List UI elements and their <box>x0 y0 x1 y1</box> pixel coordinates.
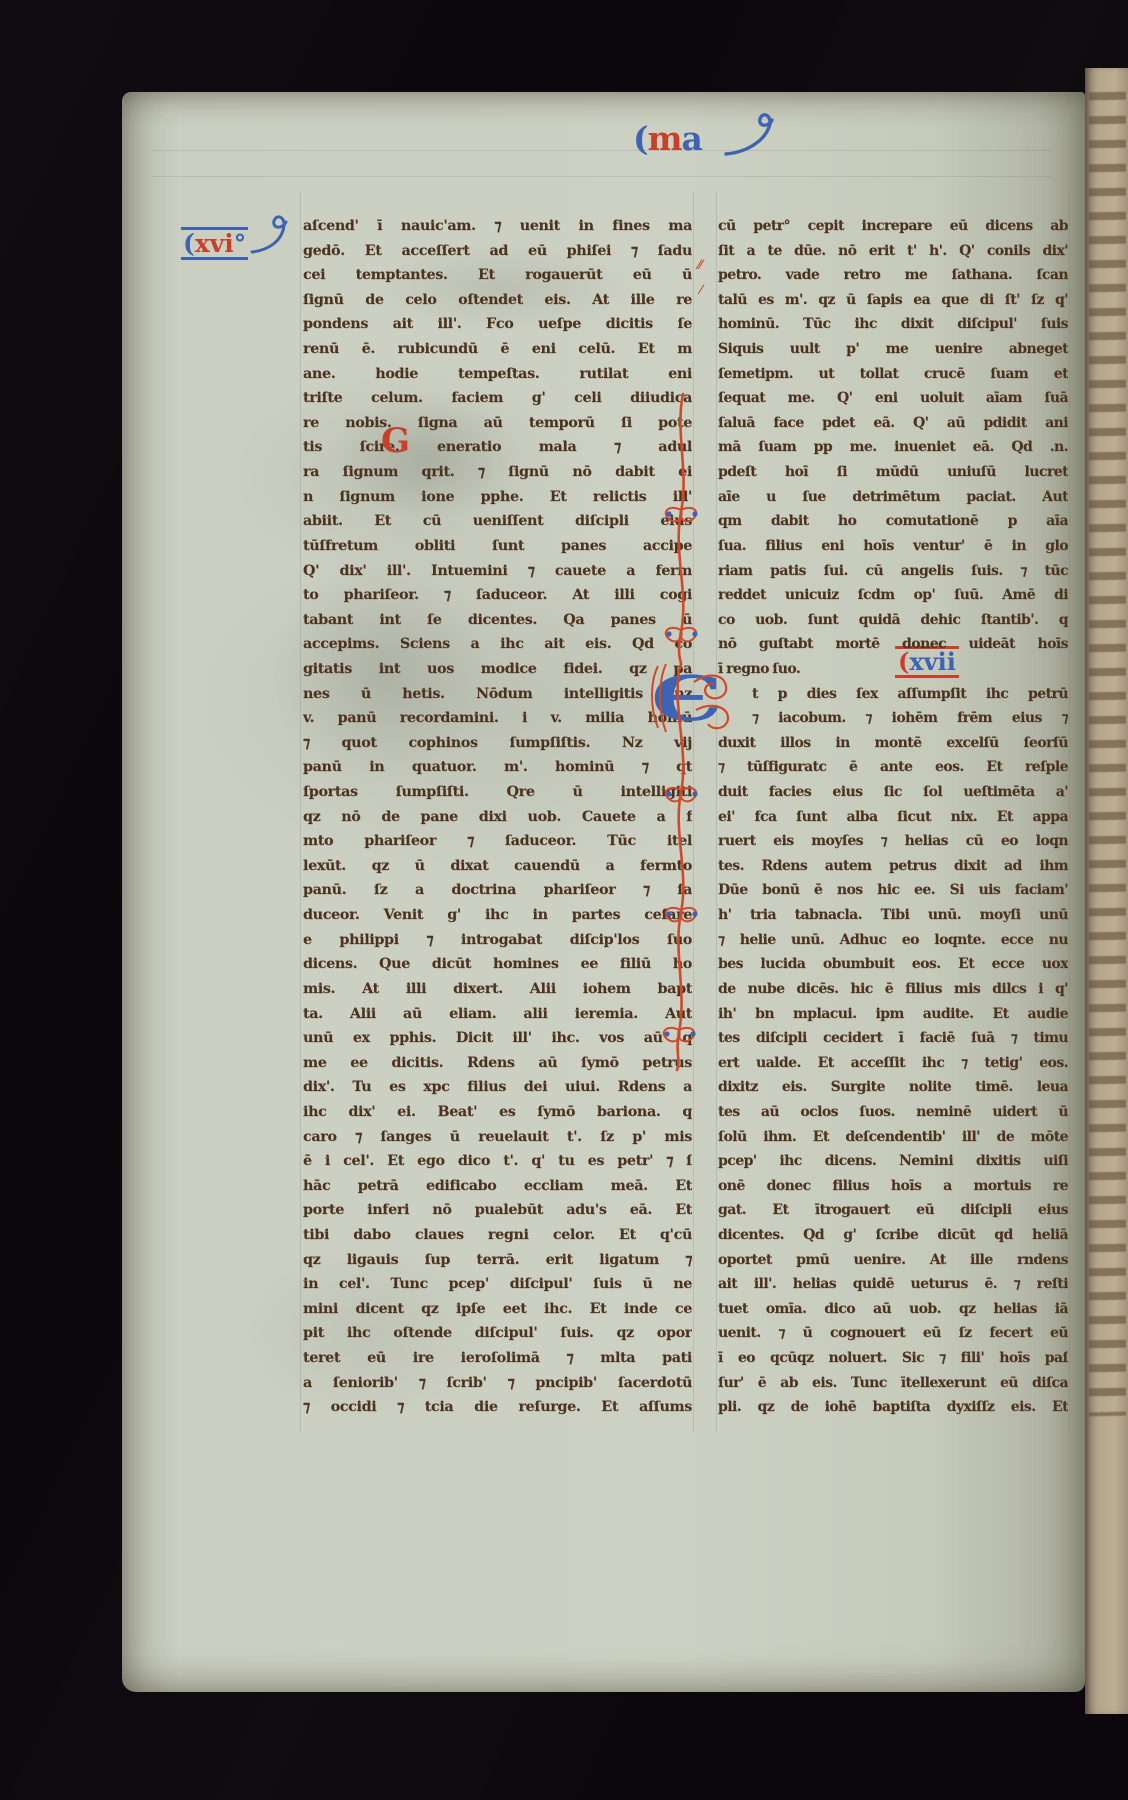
text-line: aſcend' ī nauic'am. ⁊ uenit in fines ma <box>303 214 692 239</box>
text-line: nes ū hetis. Nōdum intelligitis nz <box>303 682 692 707</box>
text-line: qz nō de pane dixi uob. Cauete a f <box>303 805 692 830</box>
text-line: n ſignum ione pphe. Et relictis ill' <box>303 485 692 510</box>
text-line: tes diſcipli cecidert ī faciē ſuā ⁊ timu <box>718 1026 1068 1051</box>
text-line: panū in quatuor. m'. hominū ⁊ qt <box>303 755 692 780</box>
text-line: pli. qz de iohē baptiſta dyxiſſz eis. Et <box>718 1395 1068 1420</box>
adjacent-page-text-lines <box>1089 86 1126 1417</box>
text-line: ⁊ quot cophinos ſumpſiſtis. Nz vij <box>303 731 692 756</box>
text-line: pondens ait ill'. Fco ueſpe dicitis ſe <box>303 312 692 337</box>
text-line: ei' fca ſunt alba ſicut nix. Et appa <box>718 805 1068 830</box>
text-line: re nobis. ſigna aū temporū ſi pote <box>303 411 692 436</box>
text-line: gat. Et ītrogauert eū diſcipli eius <box>718 1198 1068 1223</box>
text-line: petro. vade retro me ſathana. ſcan <box>718 263 1068 288</box>
text-line: h' tria tabnacla. Tibi unū. moyſi unū <box>718 903 1068 928</box>
text-line: ⁊ tūſfiguratc ē ante eos. Et reſple <box>718 755 1068 780</box>
text-line: tūſfretum obliti ſunt panes accipe <box>303 534 692 559</box>
text-line: Q' dix' ill'. Intuemini ⁊ cauete a ferm <box>303 559 692 584</box>
text-line: ī eo qcūqz noluert. Sic ⁊ fili' hoīs paſ <box>718 1346 1068 1371</box>
text-line: porte inferi nō pualebūt adu's eā. Et <box>303 1198 692 1223</box>
text-line: ih' bn mplacui. ipm audite. Et audie <box>718 1002 1068 1027</box>
text-column-right: cū petr° cepit increpare eū dicens abſit… <box>718 214 1068 1420</box>
text-line: duxit illos in montē excelſū ſeorſū <box>718 731 1068 756</box>
text-line: t p dies ſex aſſumpſit ihc petrū <box>718 682 1068 707</box>
ruling-line <box>300 192 301 1432</box>
text-line: tes. Rdens autem petrus dixit ad ihm <box>718 854 1068 879</box>
text-line: ait ill'. helias quidē ueturus ē. ⁊ reſt… <box>718 1272 1068 1297</box>
text-line: to phariſeor. ⁊ ſaduceor. At illi cogi <box>303 583 692 608</box>
text-line: ſur' ē ab eis. Tunc ītellexerunt eū diſc… <box>718 1371 1068 1396</box>
header-letter-a: a <box>682 119 702 158</box>
text-line: unū ex pphis. Dicit ill' ihc. vos aū q <box>303 1026 692 1051</box>
text-line: tibi dabo claues regni celor. Et q'cū <box>303 1223 692 1248</box>
text-line: gedō. Et acceſſert ad eū phiſei ⁊ ſadu <box>303 239 692 264</box>
text-line: pit ihc oſtende diſcipul' ſuis. qz opor <box>303 1321 692 1346</box>
text-line: ſequat me. Q' eni uoluit aīam ſuā <box>718 386 1068 411</box>
text-line: mā ſuam pp me. inueniet eā. Qd .n. <box>718 435 1068 460</box>
text-line: dicens. Que dicūt homines ee filiū ho <box>303 952 692 977</box>
text-line: qm dabit ho comutationē p aīa <box>718 509 1068 534</box>
text-line: ta. Alii aū eliam. alii ieremia. Aut <box>303 1002 692 1027</box>
text-line: hominū. Tūc ihc dixit diſcipul' ſuis <box>718 312 1068 337</box>
text-line: onē donec filius hoīs a mortuis re <box>718 1174 1068 1199</box>
text-line: qz ligauis ſup terrā. erit ligatum ⁊ <box>303 1248 692 1273</box>
text-line: ruert eis moyſes ⁊ helias cū eo loqn <box>718 829 1068 854</box>
header-letter-m: m <box>648 119 682 158</box>
text-line: co uob. ſunt quidā dehic ſtantib'. q <box>718 608 1068 633</box>
text-line: tabant int ſe dicentes. Qa panes ū <box>303 608 692 633</box>
text-line: panū. ſz a doctrina phariſeor ⁊ ſa <box>303 878 692 903</box>
ruling-line <box>152 150 1052 151</box>
header-flourish-icon <box>722 106 792 166</box>
text-line: mis. At illi dixert. Alii iohem bapt <box>303 977 692 1002</box>
text-line: renū ē. rubicundū ē eni celū. Et m <box>303 337 692 362</box>
xvi-flourish-icon <box>250 200 310 260</box>
text-line: ſit a te dūe. nō erit t' h'. Q' conils d… <box>718 239 1068 264</box>
text-line: dicentes. Qd g' ſcribe dicūt qd heliā <box>718 1223 1068 1248</box>
text-line: gitatis int uos modice fidei. qz pa <box>303 657 692 682</box>
text-line: ane. hodie tempeſtas. rutilat eni <box>303 362 692 387</box>
text-line: ī regno ſuo. <box>718 657 1068 682</box>
text-line: uenit. ⁊ ū cognouert eū ſz fecert eū <box>718 1321 1068 1346</box>
text-line: ſemetipm. ut tollat crucē ſuam et <box>718 362 1068 387</box>
text-line: dixitz eis. Surgite nolite timē. leua <box>718 1075 1068 1100</box>
text-line: ſignū de celo oſtendet eis. At ille re <box>303 288 692 313</box>
text-line: me ee dicitis. Rdens aū ſymō petrus <box>303 1051 692 1076</box>
text-line: riam patis ſui. cū angelis ſuis. ⁊ tūc <box>718 559 1068 584</box>
text-line: cei temptantes. Et rogauerūt eū ū <box>303 263 692 288</box>
text-line: duceor. Venit g' ihc in partes ceſare <box>303 903 692 928</box>
text-line: tis ſcire. eneratio mala ⁊ adul <box>303 435 692 460</box>
margin-slash-mark: ⁄⁄ <box>698 258 702 273</box>
text-line: in cel'. Tunc pcep' diſcipul' ſuis ū ne <box>303 1272 692 1297</box>
ruling-line <box>716 192 717 1432</box>
text-line: v. panū recordamini. i v. milia hoinū <box>303 706 692 731</box>
running-header: (ma <box>633 116 702 162</box>
text-line: ⁊ iacobum. ⁊ iohēm frēm eius ⁊ <box>718 706 1068 731</box>
text-line: de nube dicēs. hic ē filius mis dilcs i … <box>718 977 1068 1002</box>
manuscript-photograph: (ma (xvi° (xvii aſcend' ī nauic'am. ⁊ ue… <box>0 0 1128 1800</box>
text-line: abiit. Et cū ueniſſent diſcipli eius <box>303 509 692 534</box>
text-line: dix'. Tu es xpc filius dei uiui. Rdens a <box>303 1075 692 1100</box>
chapter-xvi-badge: (xvi° <box>181 227 248 260</box>
text-line: pcep' ihc dicens. Nemini dixitis uiſi <box>718 1149 1068 1174</box>
text-line: caro ⁊ ſanges ū reuelauit t'. ſz p' mis <box>303 1125 692 1150</box>
text-line: mini dicent qz ipſe eet ihc. Et inde ce <box>303 1297 692 1322</box>
text-line: ſportas ſumpſiſti. Qre ū intelligiti <box>303 780 692 805</box>
xvi-bracket: ( <box>183 229 195 258</box>
text-line: a ſeniorib' ⁊ ſcrib' ⁊ pncipib' ſacerdot… <box>303 1371 692 1396</box>
text-line: ſua. filius eni hoīs ventur' ē in glo <box>718 534 1068 559</box>
text-line: Siquis uult p' me uenire abneget <box>718 337 1068 362</box>
text-line: accepims. Sciens a ihc ait eis. Qd co <box>303 632 692 657</box>
xvi-numeral: xvi <box>195 229 234 258</box>
text-line: pdeſt hoī ſi mūdū uniuſū lucret <box>718 460 1068 485</box>
text-line: talū es m'. qz ū ſapis ea que di ſt' ſz … <box>718 288 1068 313</box>
xvi-terminator: ° <box>234 229 247 258</box>
text-line: teret eū ire ieroſolimā ⁊ mlta pati <box>303 1346 692 1371</box>
text-line: aīe u ſue detrimētum paciat. Aut <box>718 485 1068 510</box>
text-line: ra ſignum qrit. ⁊ ſignū nō dabit ei <box>303 460 692 485</box>
penwork-flourish-icon <box>655 392 715 1092</box>
initial-g: G <box>381 424 410 458</box>
text-line: tuet omīa. dico aū uob. qz helias iā <box>718 1297 1068 1322</box>
text-line: tes aū oclos ſuos. neminē uidert ū <box>718 1100 1068 1125</box>
text-line: bes lucida obumbuit eos. Et ecce uox <box>718 952 1068 977</box>
ruling-line <box>1069 192 1070 1432</box>
text-line: ſolū ihm. Et deſcendentib' ill' de mōte <box>718 1125 1068 1150</box>
text-line: lexūt. qz ū dixat cauendū a fermto <box>303 854 692 879</box>
ruling-line <box>152 176 1052 177</box>
text-line: cū petr° cepit increpare eū dicens ab <box>718 214 1068 239</box>
text-line: ſaluā face pdet eā. Q' aū pdidit ani <box>718 411 1068 436</box>
text-line: mto phariſeor ⁊ ſaduceor. Tūc itel <box>303 829 692 854</box>
page-edge-stack <box>1085 68 1128 1714</box>
text-line: ē i cel'. Et ego dico t'. q' tu es petr'… <box>303 1149 692 1174</box>
text-line: Dūe bonū ē nos hic ee. Si uis faciam' <box>718 878 1068 903</box>
text-line: nō guſtabt mortē donec uideāt hoīs <box>718 632 1068 657</box>
text-line: oportet pmū uenire. At ille rndens <box>718 1248 1068 1273</box>
text-line: ert ualde. Et acceſſit ihc ⁊ tetig' eos. <box>718 1051 1068 1076</box>
text-column-left: aſcend' ī nauic'am. ⁊ uenit in fines mag… <box>303 214 692 1420</box>
text-line: triſte celum. faciem g' celi diiudica <box>303 386 692 411</box>
text-line: ⁊ helie unū. Adhuc eo loqnte. ecce nu <box>718 928 1068 953</box>
margin-slash-mark: ⁄ <box>700 283 702 298</box>
text-line: ihc dix' ei. Beat' es ſymō bariona. q <box>303 1100 692 1125</box>
text-line: hāc petrā edificabo eccliam meā. Et <box>303 1174 692 1199</box>
text-line: e philippi ⁊ introgabat diſcip'los ſuo <box>303 928 692 953</box>
text-line: ⁊ occidi ⁊ tcia die reſurge. Et aſſums <box>303 1395 692 1420</box>
text-line: duit facies eius ſic ſol ueſtimēta a' <box>718 780 1068 805</box>
header-bracket: ( <box>633 119 648 158</box>
text-line: reddet unicuiz ſcdm op' ſuū. Amē di <box>718 583 1068 608</box>
